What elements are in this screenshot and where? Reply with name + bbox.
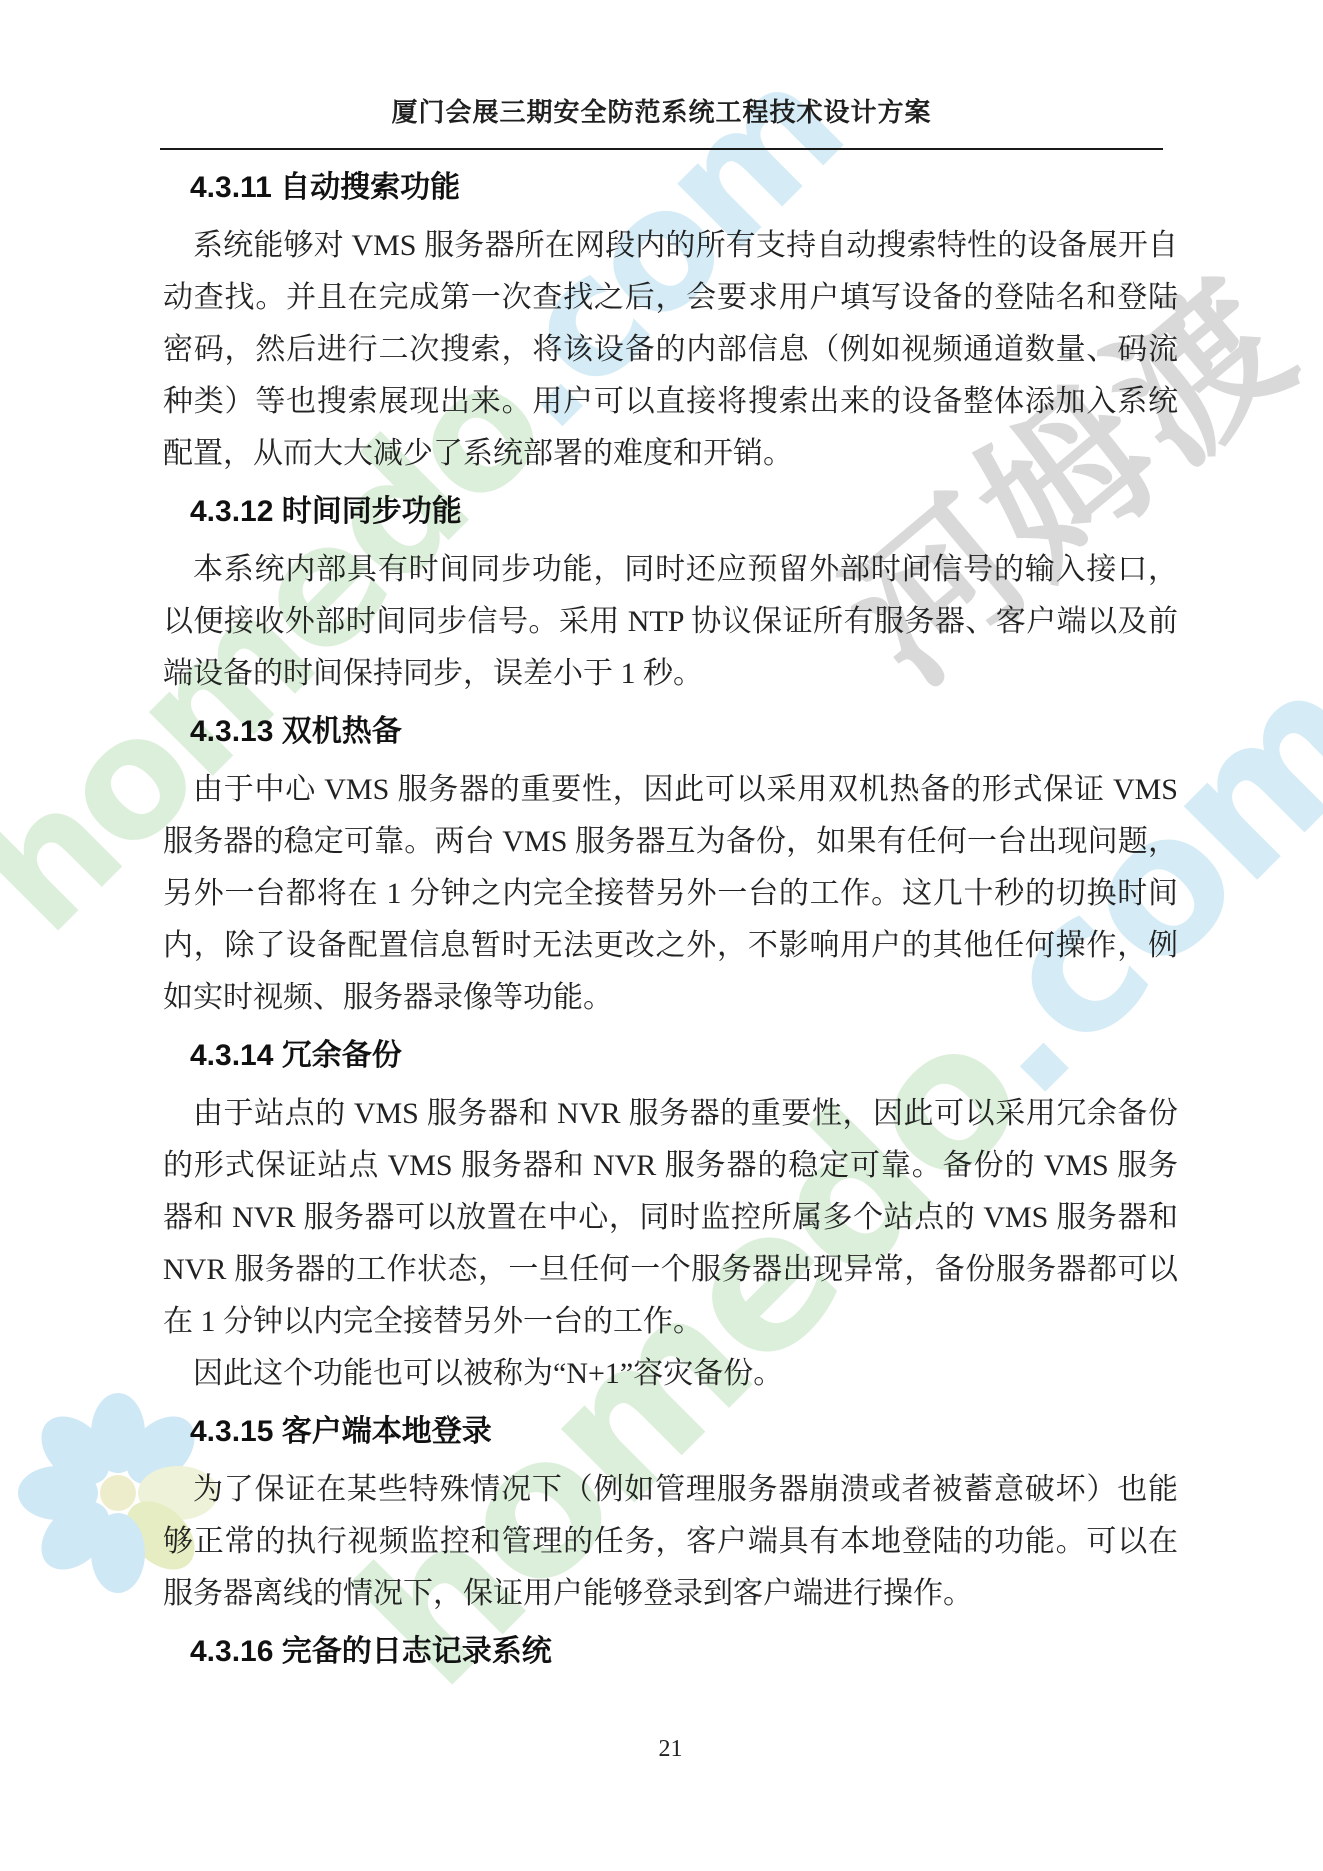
section-heading-4-3-12: 4.3.12 时间同步功能 — [163, 492, 1178, 532]
section-heading-4-3-14: 4.3.14 冗余备份 — [163, 1036, 1178, 1076]
document-body: 4.3.11 自动搜索功能 系统能够对 VMS 服务器所在网段内的所有支持自动搜… — [163, 160, 1178, 1672]
section-paragraph: 由于中心 VMS 服务器的重要性，因此可以采用双机热备的形式保证 VMS 服务器… — [163, 764, 1178, 1024]
section-paragraph: 为了保证在某些特殊情况下（例如管理服务器崩溃或者被蓄意破坏）也能够正常的执行视频… — [163, 1464, 1178, 1620]
section-heading-4-3-11: 4.3.11 自动搜索功能 — [163, 168, 1178, 208]
flower-center — [100, 1475, 136, 1511]
document-header-title: 厦门会展三期安全防范系统工程技术设计方案 — [0, 92, 1323, 129]
section-heading-4-3-15: 4.3.15 客户端本地登录 — [163, 1412, 1178, 1452]
section-paragraph: 本系统内部具有时间同步功能，同时还应预留外部时间信号的输入接口，以便接收外部时间… — [163, 544, 1178, 700]
header-divider — [160, 148, 1163, 150]
document-page: homedo.com homedo.com 河姆渡 厦门会展三期安全防范系统工程… — [0, 0, 1323, 1871]
section-paragraph: 因此这个功能也可以被称为“N+1”容灾备份。 — [163, 1348, 1178, 1400]
section-heading-4-3-16: 4.3.16 完备的日志记录系统 — [163, 1632, 1178, 1672]
section-paragraph: 由于站点的 VMS 服务器和 NVR 服务器的重要性，因此可以采用冗余备份的形式… — [163, 1088, 1178, 1348]
page-number: 21 — [163, 1736, 1178, 1763]
section-paragraph: 系统能够对 VMS 服务器所在网段内的所有支持自动搜索特性的设备展开自动查找。并… — [163, 220, 1178, 480]
section-heading-4-3-13: 4.3.13 双机热备 — [163, 712, 1178, 752]
